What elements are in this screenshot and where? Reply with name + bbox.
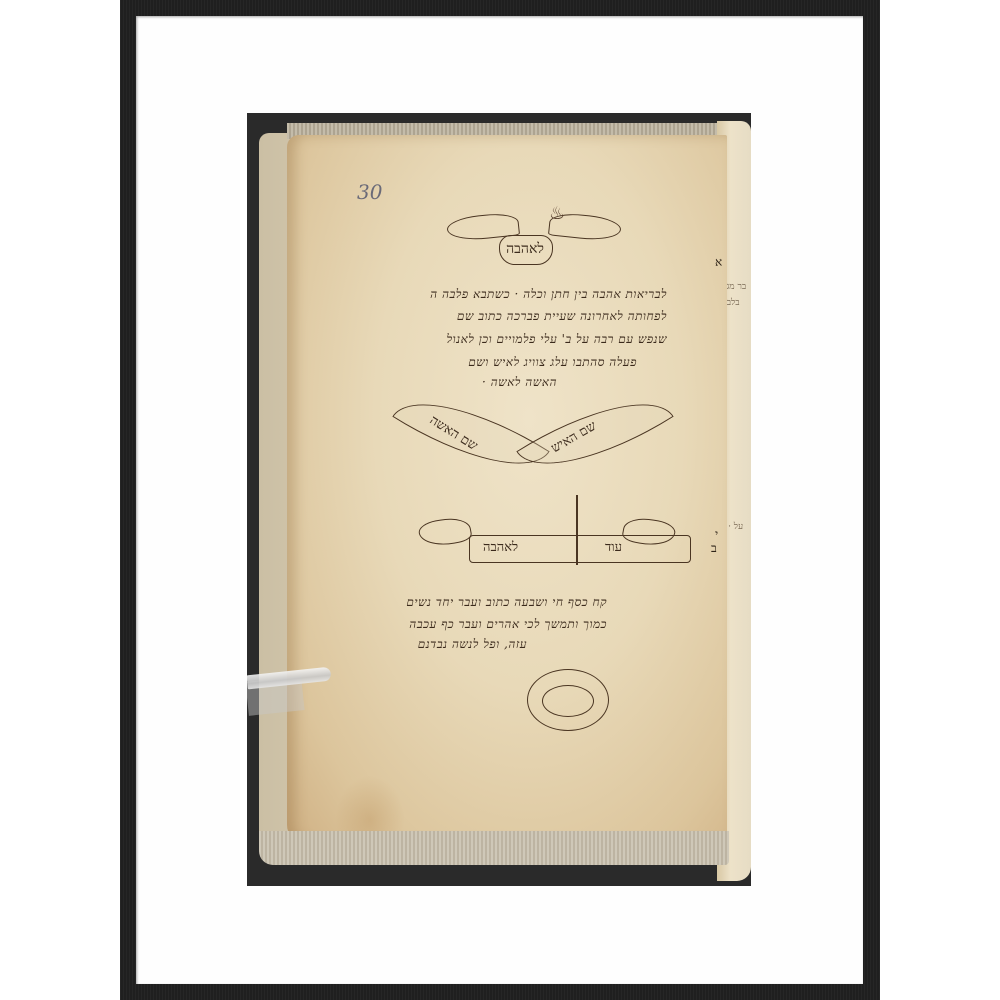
text-line: עזה, ופל לנשה נבדנם bbox=[418, 637, 527, 652]
text-line: לבריאות אהבה בין חתן וכלה · כשתבא פלבה ה bbox=[430, 287, 667, 302]
margin-mark: י bbox=[715, 527, 718, 542]
manuscript-photo: בר מגמ בלב · על · ל 30 ♨ לאהבה לבריאות א… bbox=[247, 113, 751, 886]
text-line: קח כסף חי ושבעה כתוב ועבר יחד נשים bbox=[406, 595, 607, 610]
text-line: לפחותה לאחרונה שעיית פברכה כתוב שם bbox=[457, 309, 667, 324]
book-cover-bottom-edge bbox=[259, 831, 729, 865]
margin-mark: ב bbox=[711, 541, 717, 556]
text-line: האשה לאשה · bbox=[482, 375, 557, 390]
banner-word-left: לאהבה bbox=[483, 539, 518, 555]
banner-left-curl bbox=[417, 515, 473, 550]
emblem-title: לאהבה bbox=[497, 241, 553, 258]
banner-word-right: עוד bbox=[605, 539, 622, 555]
text-line: שנפש עם רבה על ב' עלי פלמויים וכן לאנול bbox=[447, 332, 667, 347]
calligraphic-flourish-inner bbox=[542, 685, 594, 717]
manuscript-page: 30 ♨ לאהבה לבריאות אהבה בין חתן וכלה · כ… bbox=[287, 135, 727, 843]
text-line: כמוך ותמשך לכי אהרים ועבר כף עכבה bbox=[409, 617, 607, 632]
margin-mark: א bbox=[715, 255, 722, 270]
flame-icon: ♨ bbox=[549, 203, 565, 224]
text-line: פעלה סהתבו עלג צוויג לאיש ושם bbox=[468, 355, 637, 370]
folio-number: 30 bbox=[357, 180, 382, 204]
